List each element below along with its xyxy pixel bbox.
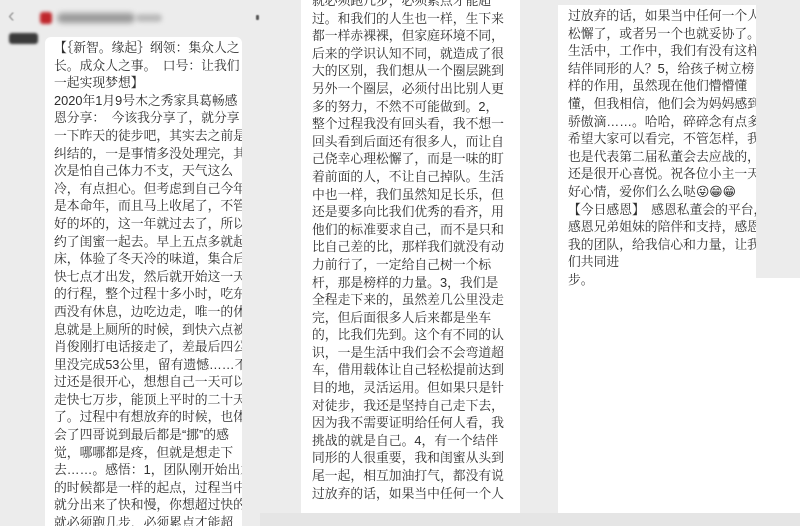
text-line: 恩分享： 今该我分享了，就分享	[54, 109, 242, 127]
text-line: 走快七万步，能顶上平时的二十天	[54, 391, 242, 409]
text-line: 还是要多向比我们优秀的看齐，用	[312, 203, 520, 221]
text-line: 后来的学识认知不同，就造成了很	[312, 45, 520, 63]
text-line: 们共同进	[568, 253, 756, 271]
text-line: 结伴同形的人？5，给孩子树立榜	[568, 60, 756, 78]
text-line: 同形的人很重要，我和闺蜜从头到	[312, 449, 520, 467]
message-text-col3: 过放弃的话，如果当中任何一个人松懈了，或者另一个也就妥协了。生活中，工作中，我们…	[558, 5, 756, 289]
text-line: 是本命年，而且马上收尾了，不管	[54, 197, 242, 215]
text-line: 全程走下来的，虽然差几公里没走	[312, 291, 520, 309]
text-line: 对徒步，我还是坚持自己走下去，	[312, 397, 520, 415]
text-line: 松懈了，或者另一个也就妥协了。	[568, 25, 756, 43]
text-line: 识，一是生活中我们会不会弯道超	[312, 344, 520, 362]
sender-avatar[interactable]	[9, 33, 38, 44]
back-icon[interactable]: ‹	[8, 2, 15, 30]
text-line: 2020年1月9号木之秀家具葛畅感	[54, 92, 242, 110]
text-line: 的行程，整个过程十多小时，吃东	[54, 285, 242, 303]
text-line: 一下昨天的徒步吧，其实去之前是	[54, 127, 242, 145]
text-line: 好心情，爱你们么么哒😜😁😁	[568, 183, 756, 201]
text-line: 车，借用载体让自己轻松提前达到	[312, 361, 520, 379]
text-line: 去……。感悟：1，团队刚开始出发	[54, 461, 242, 479]
text-line: 都一样赤裸裸，但家庭环境不同，	[312, 27, 520, 45]
message-column-1: 【｛新智。缘起｝纲领：集众人之长。成众人之事。 口号：让我们一起实现梦想】202…	[45, 37, 242, 526]
text-line: 多的努力，不然不可能做到。2，	[312, 98, 520, 116]
stitched-chat-screenshot: ‹ 【｛新智。缘起｝纲领：集众人之长。成众人之事。 口号：让我们一起实现梦想】2…	[0, 0, 800, 526]
message-text-col1: 【｛新智。缘起｝纲领：集众人之长。成众人之事。 口号：让我们一起实现梦想】202…	[45, 37, 242, 526]
message-column-2: 就必须跑几步，必须累点才能超过。和我们的人生也一样，生下来都一样赤裸裸，但家庭环…	[301, 0, 520, 519]
text-line: 着前面的人，不让自己掉队。生活	[312, 168, 520, 186]
text-line: 肖俊刚打电话接走了，差最后四公	[54, 338, 242, 356]
text-line: 生活中，工作中，我们有没有这样	[568, 42, 756, 60]
text-line: 息就是上厕所的时候，到快六点被	[54, 321, 242, 339]
text-line: 好的坏的，这一年就过去了，所以	[54, 215, 242, 233]
group-member-count-redacted	[136, 14, 162, 22]
text-line: 力前行了，一定给自己树一个标	[312, 256, 520, 274]
stray-mark	[256, 15, 259, 20]
text-line: 过还是很开心，想想自己一天可以	[54, 373, 242, 391]
text-line: 【｛新智。缘起｝纲领：集众人之	[54, 39, 242, 57]
text-line: 比自己差的比，那样我们就没有动	[312, 238, 520, 256]
message-column-3: 过放弃的话，如果当中任何一个人松懈了，或者另一个也就妥协了。生活中，工作中，我们…	[558, 5, 756, 513]
text-line: 西没有休息，边吃边走，唯一的休	[54, 303, 242, 321]
text-line: 希望大家可以看完，不管怎样，我	[568, 130, 756, 148]
text-line: 因为我不需要证明给任何人看，我	[312, 414, 520, 432]
group-badge-redacted	[40, 12, 52, 24]
bottom-bar	[260, 513, 800, 526]
text-line: 过放弃的话，如果当中任何一个人	[568, 7, 756, 25]
text-line: 过放弃的话，如果当中任何一个人	[312, 485, 520, 503]
text-line: 就必须跑几步，必须累点才能超	[54, 514, 242, 526]
text-line: 骄傲滴……。哈哈，碎碎念有点多，	[568, 113, 756, 131]
white-background-region	[756, 278, 800, 513]
text-line: 过。和我们的人生也一样，生下来	[312, 10, 520, 28]
text-line: 尾一起，相互加油打气，都没有说	[312, 467, 520, 485]
text-line: 里没完成53公里，留有遗憾……不	[54, 356, 242, 374]
text-line: 杆，那是榜样的力量。3，我们是	[312, 274, 520, 292]
text-line: 床，体验了冬天冷的味道，集合后	[54, 250, 242, 268]
text-line: 整个过程我没有回头看，我不想一	[312, 115, 520, 133]
text-line: 次是怕自己体力不支，天气这么	[54, 162, 242, 180]
text-line: 快七点才出发，然后就开始这一天	[54, 268, 242, 286]
text-line: 也是代表第二届私董会去应战的，	[568, 148, 756, 166]
text-line: 就分出来了快和慢，你想超过快的	[54, 496, 242, 514]
group-title-redacted	[57, 13, 135, 23]
text-line: 就必须跑几步，必须累点才能超	[312, 0, 520, 10]
text-line: 感恩兄弟姐妹的陪伴和支持，感恩	[568, 218, 756, 236]
text-line: 还是很开心喜悦。祝各位小主一天	[568, 165, 756, 183]
text-line: 步。	[568, 271, 756, 289]
text-line: 样的作用，虽然现在他们懵懵懂	[568, 77, 756, 95]
text-line: 中也一样，我们虽然知足长乐，但	[312, 186, 520, 204]
text-line: 的，比我们先到。这个有不同的认	[312, 326, 520, 344]
text-line: 完，但后面很多人后来都是坐车	[312, 309, 520, 327]
text-line: 懂，但我相信，他们会为妈妈感到	[568, 95, 756, 113]
text-line: 的时候都是一样的起点，过程当中	[54, 479, 242, 497]
text-line: 大的区别，我们想从一个圈层跳到	[312, 62, 520, 80]
text-line: 另外一个圈层，必须付出比别人更	[312, 80, 520, 98]
chat-header: ‹	[0, 0, 300, 34]
text-line: 【今日感恩】 感恩私董会的平台，	[568, 201, 756, 219]
text-line: 纠结的，一是事情多没处理完，其	[54, 145, 242, 163]
text-line: 目的地，灵活运用。但如果只是针	[312, 379, 520, 397]
message-text-col2: 就必须跑几步，必须累点才能超过。和我们的人生也一样，生下来都一样赤裸裸，但家庭环…	[301, 0, 520, 502]
text-line: 觉，哪哪都是疼，但就是想走下	[54, 444, 242, 462]
text-line: 我的团队，给我信心和力量，让我	[568, 236, 756, 254]
text-line: 了。过程中有想放弃的时候，也体	[54, 408, 242, 426]
text-line: 己侥幸心理松懈了，而是一味的盯	[312, 150, 520, 168]
text-line: 一起实现梦想】	[54, 74, 242, 92]
text-line: 会了四哥说到最后都是“挪”的感	[54, 426, 242, 444]
text-line: 他们的标准要求自己，而不是只和	[312, 221, 520, 239]
text-line: 长。成众人之事。 口号：让我们	[54, 57, 242, 75]
text-line: 挑战的就是自己。4，有一个结伴	[312, 432, 520, 450]
text-line: 约了闺蜜一起去。早上五点多就起	[54, 233, 242, 251]
text-line: 冷，有点担心。但考虑到自己今年	[54, 180, 242, 198]
text-line: 回头看到后面还有很多人，而让自	[312, 133, 520, 151]
